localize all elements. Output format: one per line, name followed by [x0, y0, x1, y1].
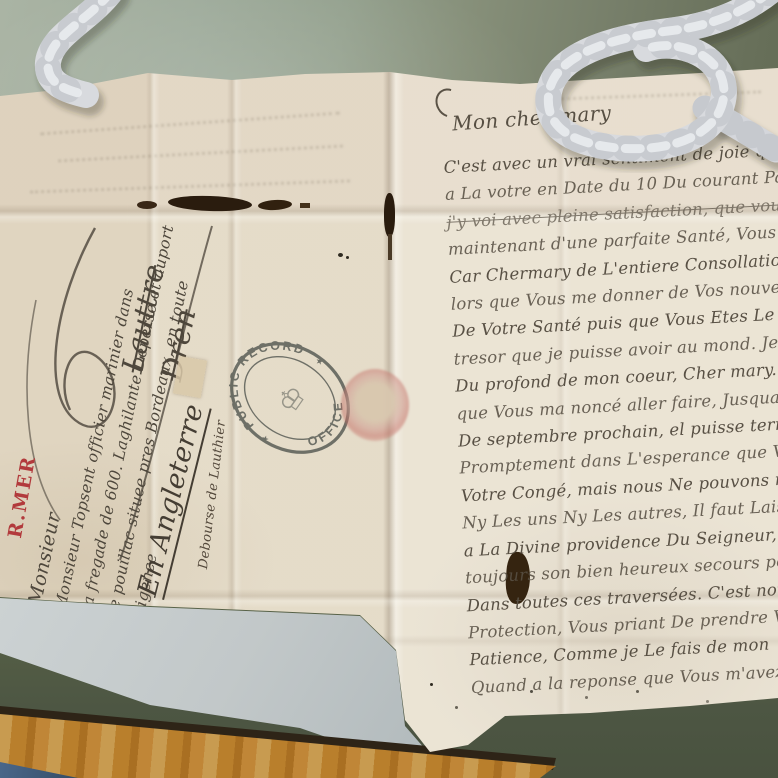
archive-photo-scene: Monsieur Monsieur Topsent officier marin…: [0, 0, 778, 778]
snake-weight-rope: [0, 0, 778, 778]
